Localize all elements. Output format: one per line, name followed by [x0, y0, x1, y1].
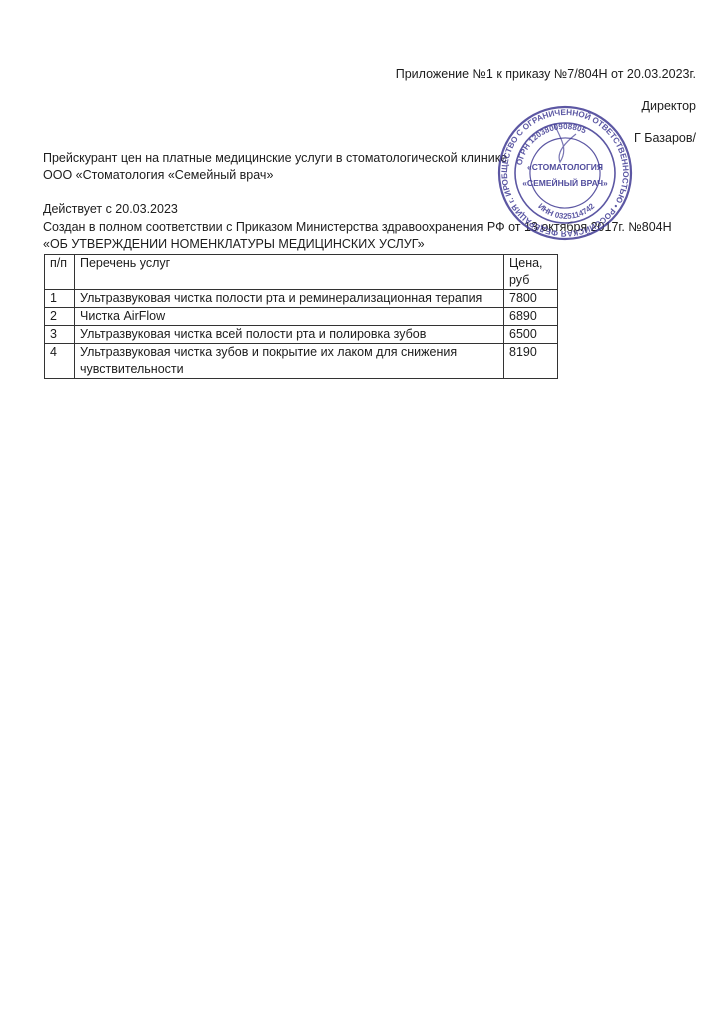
row-number: 1	[45, 290, 75, 308]
row-number: 2	[45, 308, 75, 326]
effective-date: Действует с 20.03.2023	[43, 201, 178, 218]
stamp-center-line1: «СТОМАТОЛОГИЯ	[527, 162, 603, 172]
table-row: 3 Ультразвуковая чистка всей полости рта…	[45, 326, 558, 344]
signature-stroke-icon	[554, 124, 576, 162]
row-price: 6890	[504, 308, 558, 326]
row-number: 3	[45, 326, 75, 344]
row-number: 4	[45, 344, 75, 379]
row-price: 8190	[504, 344, 558, 379]
table-header-row: п/п Перечень услуг Цена, руб	[45, 255, 558, 290]
director-title: Директор	[642, 98, 696, 115]
table-row: 4 Ультразвуковая чистка зубов и покрытие…	[45, 344, 558, 379]
document-title: Прейскурант цен на платные медицинские у…	[43, 150, 507, 167]
row-service: Ультразвуковая чистка полости рта и реми…	[75, 290, 504, 308]
stamp-center-line2: «СЕМЕЙНЫЙ ВРАЧ»	[522, 177, 608, 188]
legal-basis-title: «ОБ УТВЕРЖДЕНИИ НОМЕНКЛАТУРЫ МЕДИЦИНСКИХ…	[43, 236, 425, 253]
appendix-reference: Приложение №1 к приказу №7/804Н от 20.03…	[396, 66, 696, 83]
table-row: 1 Ультразвуковая чистка полости рта и ре…	[45, 290, 558, 308]
header-number: п/п	[45, 255, 75, 290]
row-service: Ультразвуковая чистка всей полости рта и…	[75, 326, 504, 344]
row-service: Ультразвуковая чистка зубов и покрытие и…	[75, 344, 504, 379]
table-row: 2 Чистка AirFlow 6890	[45, 308, 558, 326]
row-price: 6500	[504, 326, 558, 344]
header-service: Перечень услуг	[75, 255, 504, 290]
stamp-ogrn: ОГРН 1203800908805	[508, 116, 593, 167]
header-price: Цена, руб	[504, 255, 558, 290]
director-signature: Г Базаров/	[634, 130, 696, 147]
svg-text:ОГРН 1203800908805: ОГРН 1203800908805	[508, 116, 593, 167]
row-service: Чистка AirFlow	[75, 308, 504, 326]
legal-basis: Создан в полном соответствии с Приказом …	[43, 219, 672, 236]
price-table: п/п Перечень услуг Цена, руб 1 Ультразву…	[44, 254, 558, 379]
row-price: 7800	[504, 290, 558, 308]
clinic-name: ООО «Стоматология «Семейный врач»	[43, 167, 273, 184]
